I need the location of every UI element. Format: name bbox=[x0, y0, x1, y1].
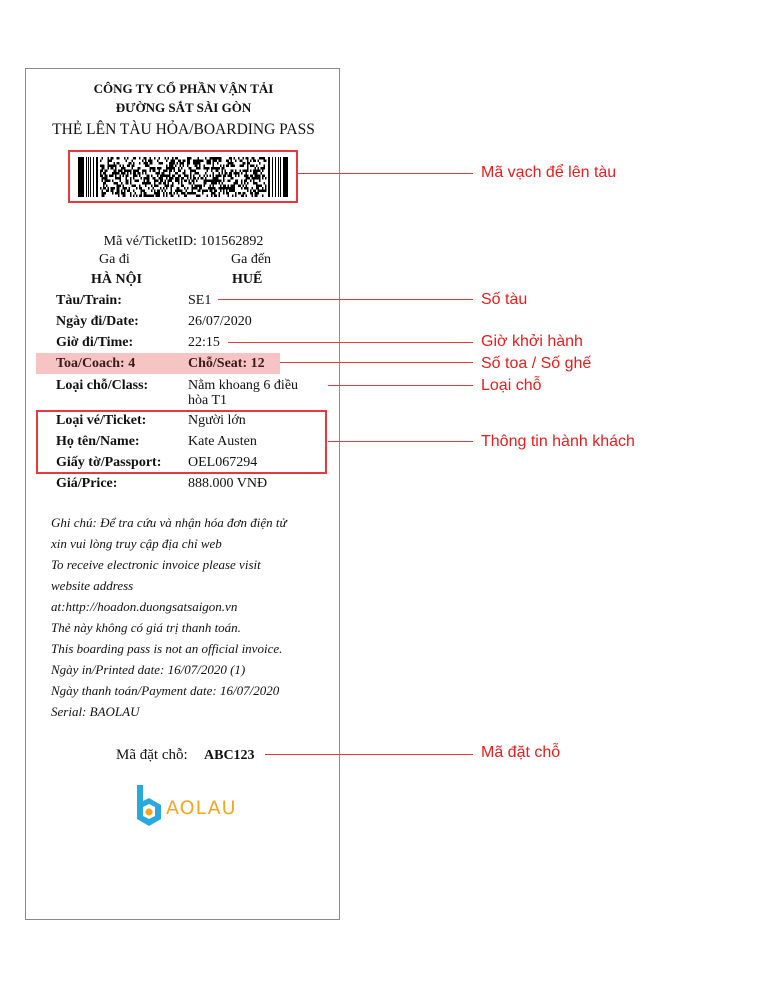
boarding-pass: CÔNG TY CỔ PHẦN VẬN TẢI ĐƯỜNG SẮT SÀI GÒ… bbox=[25, 68, 340, 920]
coach-number: Toa/Coach: 4 bbox=[56, 356, 135, 372]
coach-seat-pointer-line bbox=[280, 362, 473, 363]
ticket-type-value: Người lớn bbox=[188, 413, 246, 429]
annotation-passenger-info: Thông tin hành khách bbox=[481, 433, 635, 451]
to-station: HUẾ bbox=[232, 272, 262, 288]
class-value-line2: hòa T1 bbox=[188, 393, 227, 409]
barcode-pointer-line bbox=[298, 173, 473, 174]
note-line: To receive electronic invoice please vis… bbox=[51, 557, 261, 573]
class-label: Loại chỗ/Class: bbox=[56, 378, 148, 394]
train-pointer-line bbox=[218, 299, 473, 300]
train-value: SE1 bbox=[188, 293, 211, 309]
time-value: 22:15 bbox=[188, 335, 220, 351]
baolau-logo: AOLAU bbox=[134, 783, 234, 831]
class-pointer-line bbox=[328, 385, 473, 386]
from-label: Ga đi bbox=[99, 252, 130, 268]
payment-date: Ngày thanh toán/Payment date: 16/07/2020 bbox=[51, 683, 279, 699]
barcode-icon bbox=[78, 157, 288, 197]
printed-date: Ngày in/Printed date: 16/07/2020 (1) bbox=[51, 662, 245, 678]
passenger-pointer-line bbox=[328, 441, 473, 442]
time-pointer-line bbox=[228, 342, 473, 343]
company-name-line1: CÔNG TY CỔ PHẦN VẬN TẢI bbox=[26, 81, 341, 97]
invoice-url: at:http://hoadon.duongsatsaigon.vn bbox=[51, 599, 237, 615]
note-line: This boarding pass is not an official in… bbox=[51, 641, 282, 657]
from-station: HÀ NỘI bbox=[91, 272, 142, 288]
annotation-seat-class: Loại chỗ bbox=[481, 377, 542, 395]
date-value: 26/07/2020 bbox=[188, 314, 252, 330]
logo-text: AOLAU bbox=[166, 797, 237, 819]
price-value: 888.000 VNĐ bbox=[188, 476, 267, 492]
annotation-barcode: Mã vạch để lên tàu bbox=[481, 164, 616, 182]
ticket-id: Mã vé/TicketID: 101562892 bbox=[26, 234, 341, 250]
annotation-departure-time: Giờ khởi hành bbox=[481, 333, 583, 351]
ticket-type-label: Loại vé/Ticket: bbox=[56, 413, 146, 429]
to-label: Ga đến bbox=[231, 252, 271, 268]
name-value: Kate Austen bbox=[188, 434, 257, 450]
passport-value: OEL067294 bbox=[188, 455, 257, 471]
price-label: Giá/Price: bbox=[56, 476, 117, 492]
annotation-booking-code: Mã đặt chỗ bbox=[481, 744, 560, 762]
date-label: Ngày đi/Date: bbox=[56, 314, 139, 330]
note-line: Ghi chú: Để tra cứu và nhận hóa đơn điện… bbox=[51, 515, 287, 531]
time-label: Giờ đi/Time: bbox=[56, 335, 133, 351]
class-value-line1: Nằm khoang 6 điều bbox=[188, 378, 298, 394]
annotation-train-number: Số tàu bbox=[481, 291, 527, 309]
name-label: Họ tên/Name: bbox=[56, 434, 140, 450]
booking-code-label: Mã đặt chỗ: bbox=[116, 747, 188, 764]
barcode-highlight bbox=[68, 150, 298, 203]
booking-code-value: ABC123 bbox=[204, 748, 255, 764]
note-line: xin vui lòng truy cập địa chỉ web bbox=[51, 536, 222, 552]
note-line: website address bbox=[51, 578, 133, 594]
serial: Serial: BAOLAU bbox=[51, 704, 139, 720]
note-line: Thẻ này không có giá trị thanh toán. bbox=[51, 620, 241, 636]
passport-label: Giấy tờ/Passport: bbox=[56, 455, 161, 471]
booking-pointer-line bbox=[265, 754, 473, 755]
train-label: Tàu/Train: bbox=[56, 293, 122, 309]
annotation-coach-seat: Số toa / Số ghế bbox=[481, 355, 591, 373]
seat-number: Chỗ/Seat: 12 bbox=[188, 356, 265, 372]
baolau-b-icon bbox=[134, 783, 164, 831]
company-name-line2: ĐƯỜNG SẮT SÀI GÒN bbox=[26, 100, 341, 116]
pass-title: THẺ LÊN TÀU HỎA/BOARDING PASS bbox=[26, 121, 341, 139]
